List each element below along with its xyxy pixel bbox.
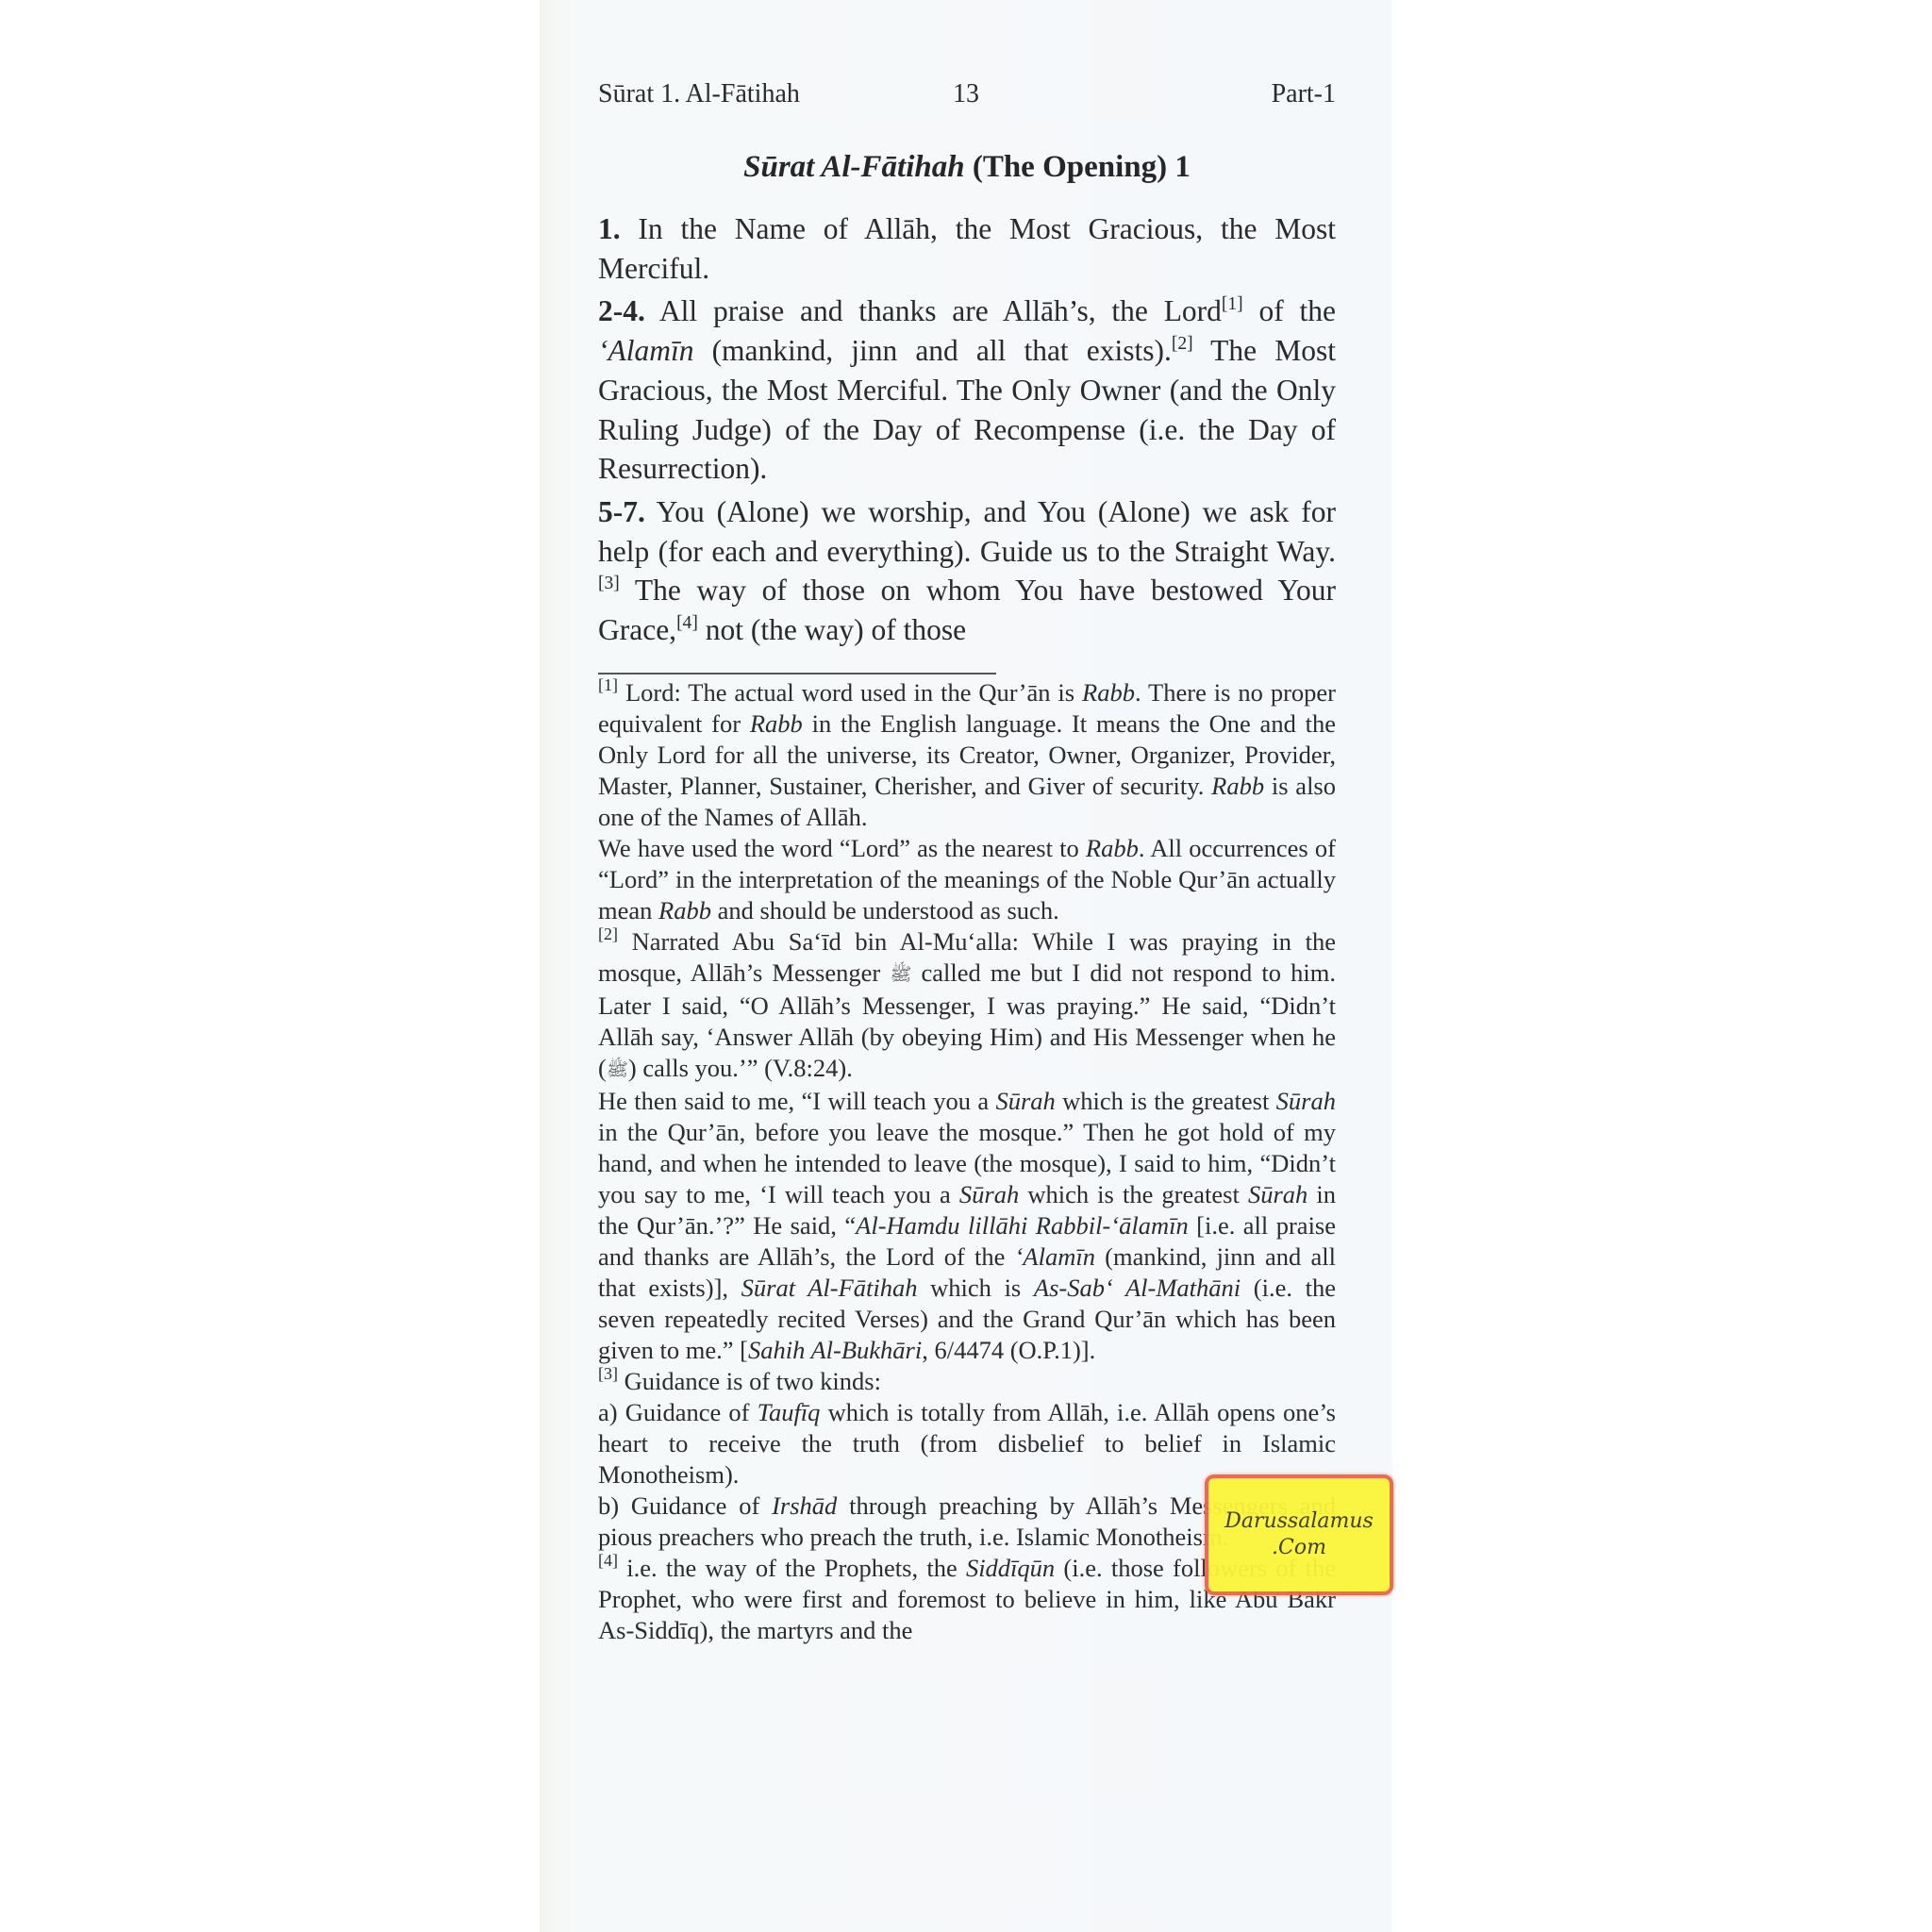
text-run: and should be understood as such.: [711, 896, 1059, 924]
text-run: All praise and thanks are Allāh’s, the L…: [645, 294, 1222, 327]
watermark-sticker: Darussalamus .Com: [1205, 1474, 1393, 1595]
italic-term: Sūrah: [995, 1087, 1055, 1115]
italic-term: Taufīq: [758, 1398, 821, 1426]
text-run: which is: [918, 1274, 1034, 1302]
book-page: Sūrat 1. Al-Fātihah 13 Part-1 Sūrat Al-F…: [540, 0, 1392, 1932]
italic-term: ‘Alamīn: [1015, 1242, 1095, 1271]
italic-term: Sahih Al-Bukhāri: [748, 1336, 922, 1364]
text-run: (mankind, jinn and all that exists).: [693, 334, 1171, 367]
text-run: b) Guidance of: [598, 1491, 772, 1520]
salutation-icon: ﷺ: [607, 1055, 628, 1086]
header-surah-name: Sūrat 1. Al-Fātihah: [598, 75, 800, 113]
footnote-rule: [598, 673, 996, 675]
italic-term: Sūrat Al-Fātihah: [741, 1274, 918, 1302]
footnote-ref: [2]: [598, 924, 618, 943]
text-run: Lord: The actual word used in the Qur’ān…: [618, 678, 1082, 707]
italic-term: Rabb: [1082, 678, 1135, 707]
footnote: [3] Guidance is of two kinds:: [598, 1366, 1336, 1397]
text-run: not (the way) of those: [698, 613, 966, 646]
text-run: which is the greatest: [1019, 1180, 1248, 1208]
text-run: ) calls you.’” (V.8:24).: [628, 1054, 853, 1082]
text-run: In the Name of Allāh, the Most Gracious,…: [598, 212, 1336, 285]
verse-number: 5-7.: [598, 495, 645, 528]
italic-term: Siddīqūn: [966, 1554, 1055, 1582]
italic-term: ‘Alamīn: [598, 334, 693, 367]
text-run: which is the greatest: [1056, 1087, 1276, 1115]
watermark-line1: Darussalamus: [1224, 1508, 1374, 1535]
surah-title-italic: Sūrat Al-Fātihah: [743, 150, 964, 184]
footnote-ref: [1]: [1222, 294, 1243, 314]
footnote-ref: [3]: [598, 574, 620, 593]
italic-term: Sūrah: [1248, 1180, 1307, 1208]
italic-term: Irshād: [772, 1491, 837, 1520]
verse: 5-7. You (Alone) we worship, and You (Al…: [598, 492, 1336, 650]
footnote: We have used the word “Lord” as the near…: [598, 833, 1336, 926]
verse-number: 2-4.: [598, 294, 645, 327]
verses-body: 1. In the Name of Allāh, the Most Gracio…: [598, 209, 1336, 654]
footnote-ref: [2]: [1172, 334, 1193, 354]
text-run: We have used the word “Lord” as the near…: [598, 834, 1086, 862]
page-number: 13: [953, 75, 979, 113]
surah-title: Sūrat Al-Fātihah (The Opening) 1: [598, 145, 1336, 189]
watermark-line2: .Com: [1272, 1535, 1326, 1561]
text-run: i.e. the way of the Prophets, the: [618, 1554, 966, 1582]
italic-term: Al-Hamdu lillāhi Rabbil-‘ālamīn: [856, 1211, 1189, 1240]
italic-term: Rabb: [1086, 834, 1139, 862]
text-run: He then said to me, “I will teach you a: [598, 1087, 995, 1115]
running-header: Sūrat 1. Al-Fātihah 13 Part-1: [598, 75, 1336, 113]
italic-term: Sūrah: [959, 1180, 1019, 1208]
italic-term: Sūrah: [1276, 1087, 1336, 1115]
text-run: a) Guidance of: [598, 1398, 758, 1426]
salutation-icon: ﷺ: [890, 959, 911, 991]
verse: 1. In the Name of Allāh, the Most Gracio…: [598, 209, 1336, 288]
verse-number: 1.: [598, 212, 621, 245]
italic-term: Rabb: [750, 709, 803, 738]
italic-term: As-Sab‘ Al-Mathāni: [1034, 1274, 1241, 1302]
text-run: Guidance is of two kinds:: [618, 1367, 881, 1395]
footnote: He then said to me, “I will teach you a …: [598, 1086, 1336, 1366]
text-run: of the: [1243, 294, 1336, 327]
footnote: [2] Narrated Abu Sa‘īd bin Al-Mu‘alla: W…: [598, 926, 1336, 1086]
verse: 2-4. All praise and thanks are Allāh’s, …: [598, 291, 1336, 489]
footnote-ref: [4]: [598, 1551, 618, 1570]
text-run: You (Alone) we worship, and You (Alone) …: [598, 495, 1336, 568]
italic-term: Rabb: [1211, 772, 1264, 800]
italic-term: Rabb: [658, 896, 711, 924]
footnote-ref: [3]: [598, 1364, 618, 1383]
footnote-ref: [1]: [598, 675, 618, 694]
footnote: [1] Lord: The actual word used in the Qu…: [598, 677, 1336, 833]
header-part: Part-1: [1272, 75, 1336, 113]
text-run: , 6/4474 (O.P.1)].: [922, 1336, 1095, 1364]
footnote-ref: [4]: [676, 613, 698, 633]
surah-title-rest: (The Opening) 1: [965, 150, 1191, 184]
